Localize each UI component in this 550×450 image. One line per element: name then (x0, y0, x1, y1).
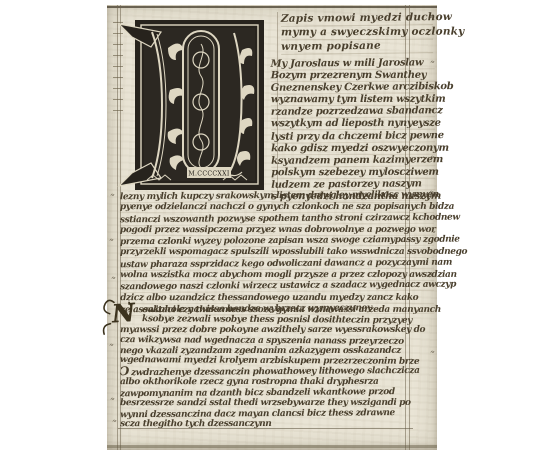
bottom-ruling-line (118, 428, 413, 429)
text-line: kako gdisz myedzi oszwyeczonym (271, 142, 435, 155)
body-paragraph-1: lezny mylich kupczy srakowskym listem dr… (120, 190, 434, 315)
illuminated-initial-M: M.CCCCXXI (117, 20, 264, 190)
text-line: wszytkym ad lieposth nynyeysze (271, 118, 435, 131)
page-bottom-edge (107, 445, 437, 448)
text-line: My Jaroslaus w mili Jaroslaw (271, 57, 435, 71)
margin-mark: ” (107, 238, 114, 249)
text-line: ksyandzem panem kazimyerzem (271, 154, 435, 168)
text-line: lysti przy da chczemi bicz pewne (271, 130, 435, 144)
body-paragraph-2: owitaci czy thakemess ssoze gymia wznawa… (120, 304, 434, 366)
margin-mark: ” (110, 419, 117, 430)
paragraph-mark: Ↄ (120, 364, 129, 378)
text-line: szandowego naszi czlonki wirzecz ustawic… (120, 280, 434, 294)
woodcut-initial-block: M.CCCCXXI (117, 20, 264, 190)
text-line: polskym szebezey myloscziwem (271, 167, 435, 180)
margin-mark: ” (107, 343, 114, 354)
column-paragraph: My Jaroslaus w mili Jaroslaw Bozym przez… (271, 58, 436, 204)
manuscript-page: M.CCCCXXI Zapis vmowi myedzi duchow mymy… (107, 5, 437, 450)
heading-line: Zapis vmowi myedzi duchow (281, 11, 433, 27)
text-line: pyenye odzielanczi nachczi o gynych czlo… (120, 202, 434, 214)
text-line: myawssi przez dobre pokoyne awzithely sa… (120, 325, 434, 335)
body-paragraph-3: Ↄzwdrazhenye dzessanczin phowathowey lit… (120, 364, 434, 430)
rubric-heading: Zapis vmowi myedzi duchow mymy a swyeczs… (281, 11, 433, 54)
heading-line: mymy a swyeczskimy oczlonky (281, 26, 433, 41)
screenshot-root: { "colors": { "paper": "#e9e4d5", "ink":… (0, 0, 550, 450)
date-inscription: M.CCCCXXI (188, 171, 229, 178)
margin-mark: ” (109, 276, 116, 287)
margin-mark: ” (108, 397, 115, 408)
heading-line: wnyem popisane (281, 39, 433, 55)
top-ruling-line (107, 6, 437, 8)
margin-mark: ” (108, 193, 115, 204)
